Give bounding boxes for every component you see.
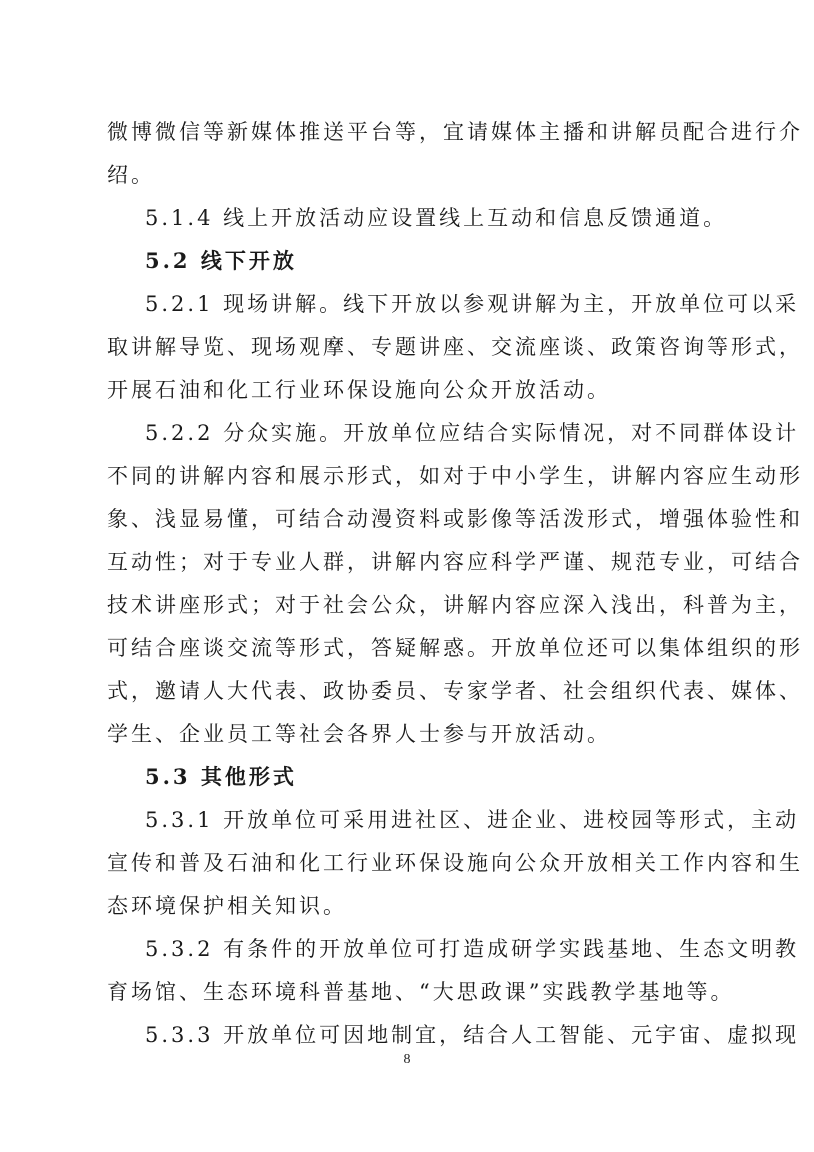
text-line: 取讲解导览、现场观摩、专题讲座、交流座谈、政策咨询等形式， [107, 333, 711, 361]
text-line: 宣传和普及石油和化工行业环保设施向公众开放相关工作内容和生 [107, 849, 711, 877]
text-line: 可结合座谈交流等形式，答疑解惑。开放单位还可以集体组织的形 [107, 634, 711, 662]
clause-5-3-2: 5.3.2 有条件的开放单位可打造成研学实践基地、生态文明教 [145, 935, 711, 963]
text-line: 学生、企业员工等社会各界人士参与开放活动。 [107, 720, 711, 748]
clause-5-2-2: 5.2.2 分众实施。开放单位应结合实际情况，对不同群体设计 [145, 419, 711, 447]
text-line: 象、浅显易懂，可结合动漫资料或影像等活泼形式，增强体验性和 [107, 505, 711, 533]
page-number: 8 [0, 1052, 814, 1068]
text-line: 态环境保护相关知识。 [107, 892, 711, 920]
text-line: 开展石油和化工行业环保设施向公众开放活动。 [107, 376, 711, 404]
clause-5-1-4: 5.1.4 线上开放活动应设置线上互动和信息反馈通道。 [145, 204, 711, 232]
text-line: 育场馆、生态环境科普基地、“大思政课”实践教学基地等。 [107, 978, 711, 1006]
section-heading-5-2: 5.2 线下开放 [145, 247, 711, 275]
text-line: 不同的讲解内容和展示形式，如对于中小学生，讲解内容应生动形 [107, 462, 711, 490]
clause-5-3-3: 5.3.3 开放单位可因地制宜，结合人工智能、元宇宙、虚拟现 [145, 1021, 711, 1049]
text-line: 绍。 [107, 161, 711, 189]
section-heading-5-3: 5.3 其他形式 [145, 763, 711, 791]
clause-5-2-1: 5.2.1 现场讲解。线下开放以参观讲解为主，开放单位可以采 [145, 290, 711, 318]
text-line: 式，邀请人大代表、政协委员、专家学者、社会组织代表、媒体、 [107, 677, 711, 705]
text-line: 微博微信等新媒体推送平台等，宜请媒体主播和讲解员配合进行介 [107, 118, 711, 146]
text-line: 技术讲座形式；对于社会公众，讲解内容应深入浅出，科普为主， [107, 591, 711, 619]
document-page: 微博微信等新媒体推送平台等，宜请媒体主播和讲解员配合进行介 绍。 5.1.4 线… [0, 0, 814, 1152]
clause-5-3-1: 5.3.1 开放单位可采用进社区、进企业、进校园等形式，主动 [145, 806, 711, 834]
text-line: 互动性；对于专业人群，讲解内容应科学严谨、规范专业，可结合 [107, 548, 711, 576]
